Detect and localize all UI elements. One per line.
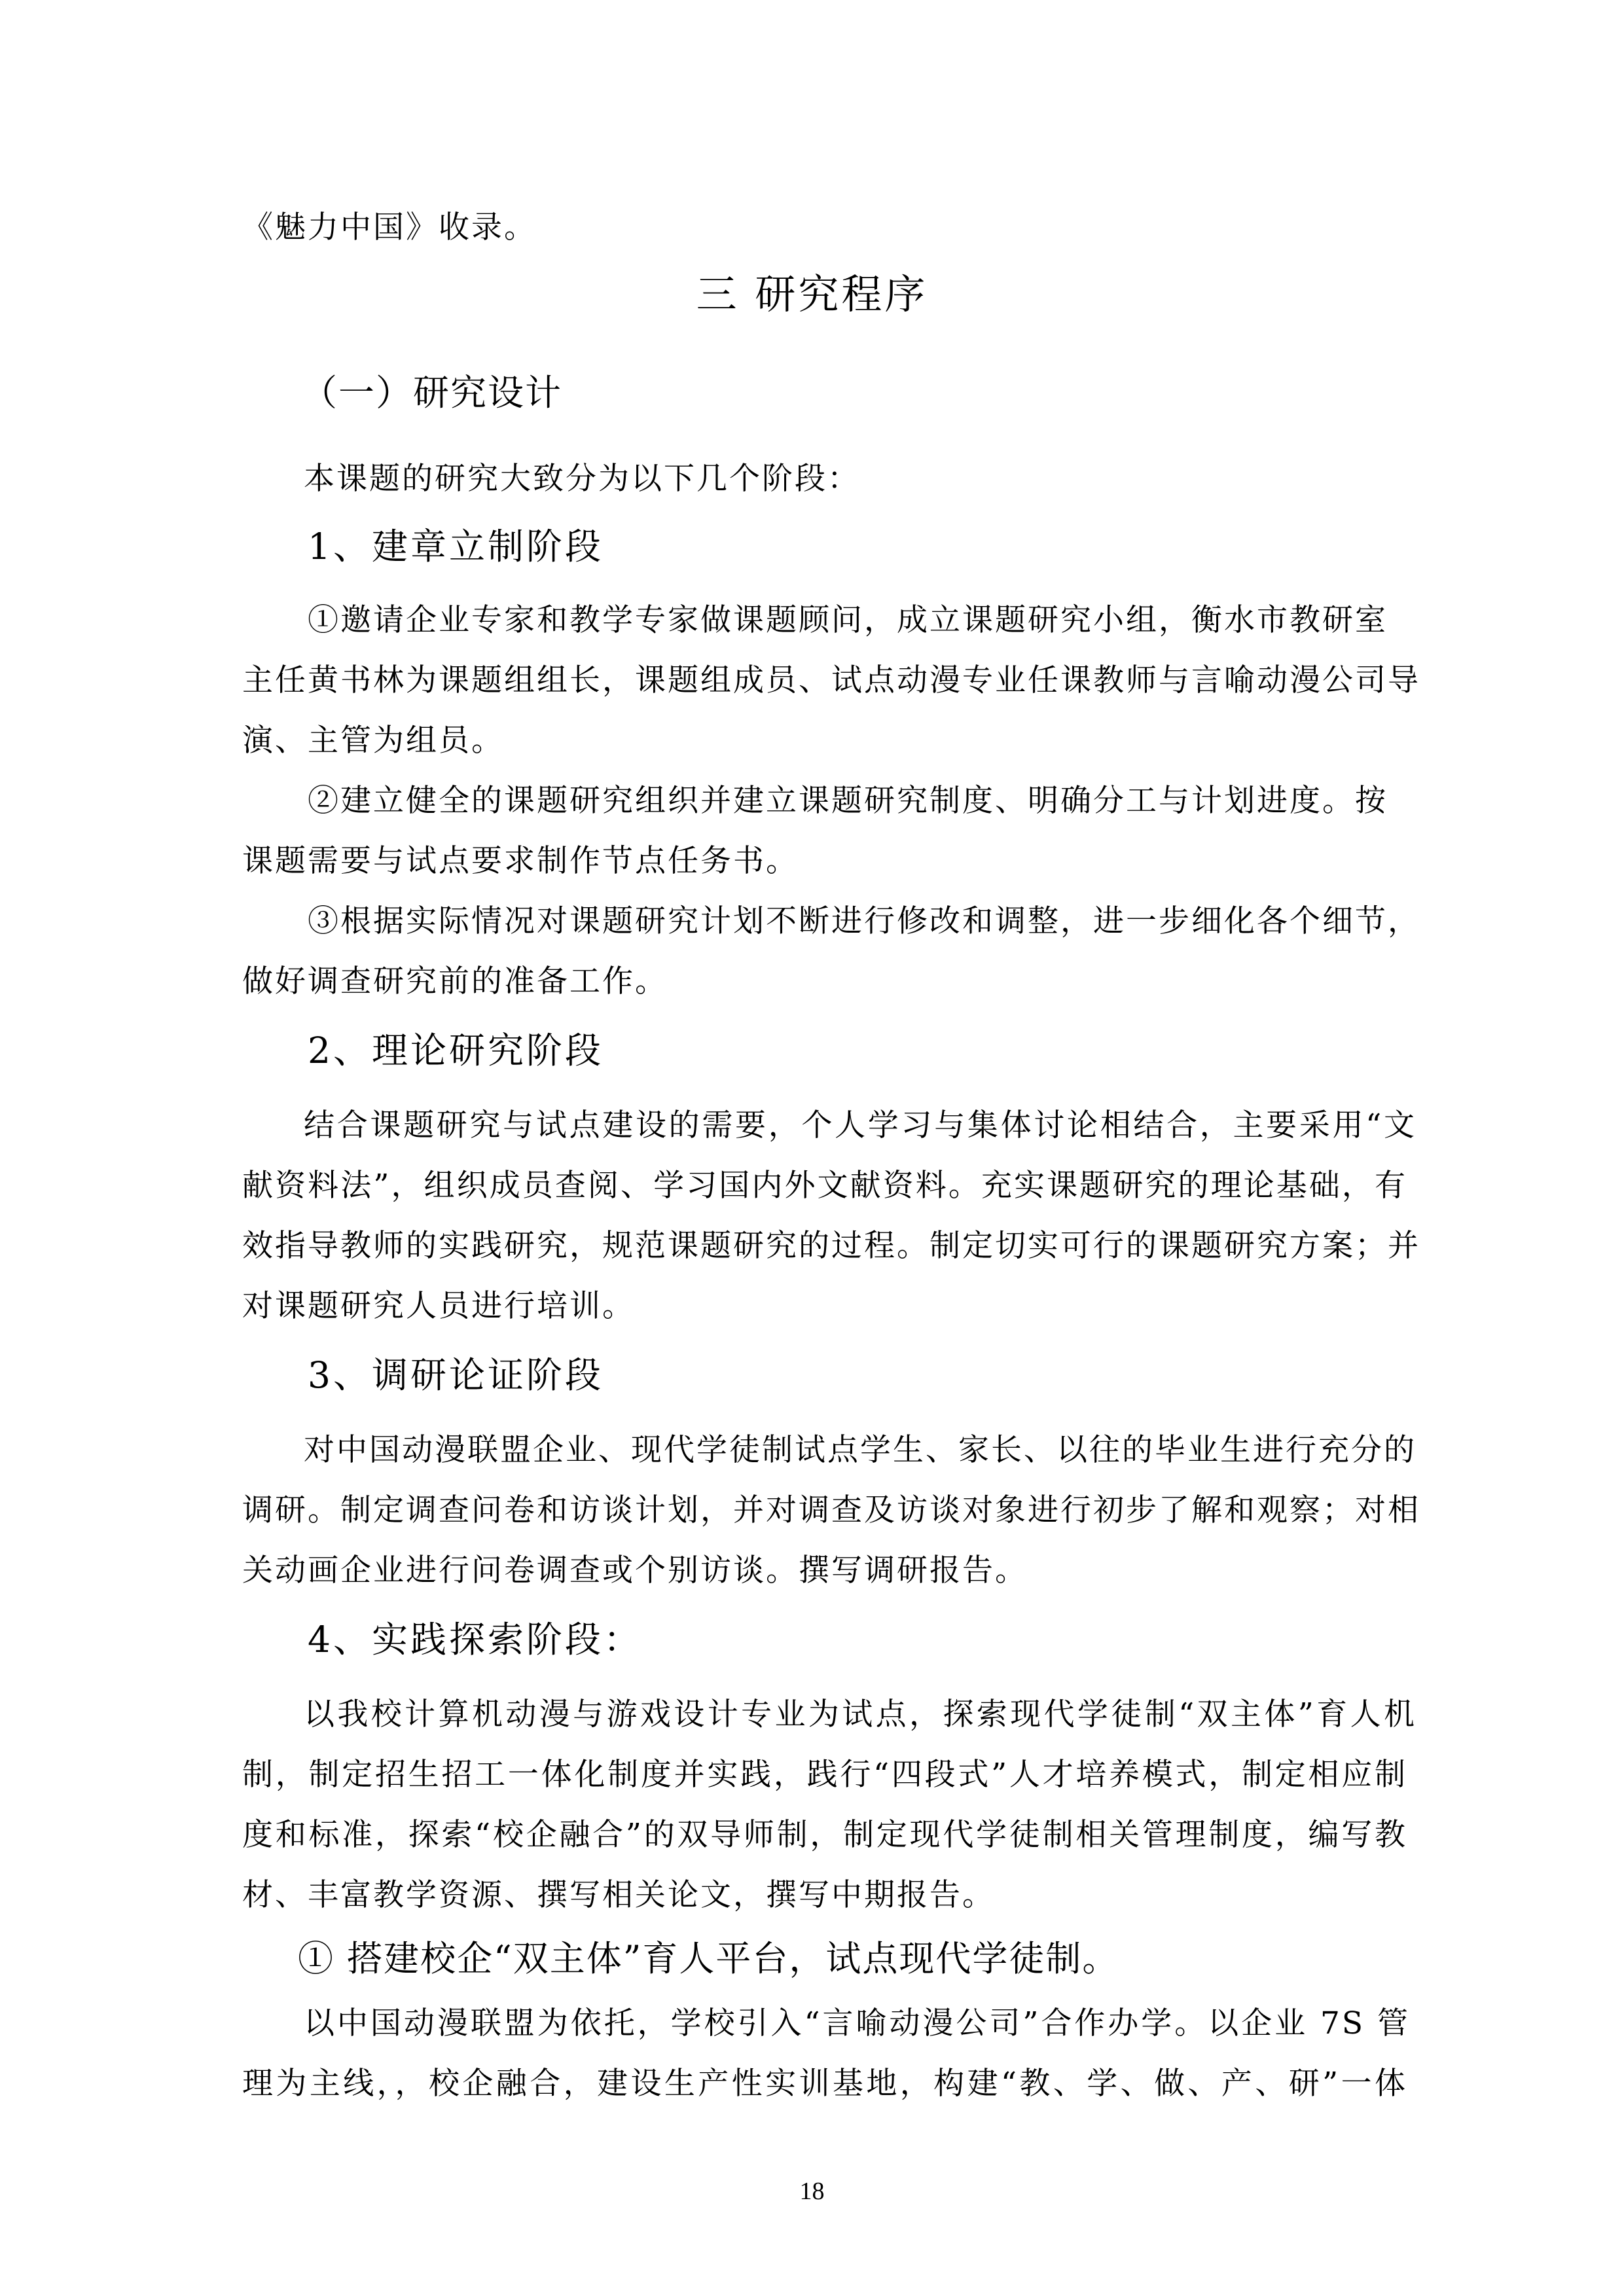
stage-heading-4: 4、实践探索阶段： [308,1617,642,1662]
document-page: 《魅力中国》收录。 三 研究程序 （一）研究设计 本课题的研究大致分为以下几个阶… [0,0,1624,2296]
paragraph-line: ②建立健全的课题研究组织并建立课题研究制度、明确分工与计划进度。按 [308,781,1407,821]
paragraph-line: 演、主管为组员。 [242,721,1407,761]
paragraph-line: 关动画企业进行问卷调查或个别访谈。撰写调研报告。 [242,1551,1407,1590]
paragraph-line: 以我校计算机动漫与游戏设计专业为试点，探索现代学徒制“双主体”育人机 [304,1695,1416,1734]
paragraph-line: 度和标准，探索“校企融合”的双导师制，制定现代学徒制相关管理制度，编写教 [242,1816,1407,1855]
page-number: 18 [0,2178,1624,2204]
paragraph-line: 材、丰富教学资源、撰写相关论文，撰写中期报告。 [242,1876,1407,1915]
continuation-line: 《魅力中国》收录。 [242,208,1407,247]
paragraph-line: 课题需要与试点要求制作节点任务书。 [242,842,1407,881]
paragraph-line: 调研。制定调查问卷和访谈计划，并对调查及访谈对象进行初步了解和观察；对相 [242,1491,1407,1530]
paragraph-line: 主任黄书林为课题组组长，课题组成员、试点动漫专业任课教师与言喻动漫公司导 [242,661,1407,700]
paragraph-line: 以中国动漫联盟为依托，学校引入“言喻动漫公司”合作办学。以企业 7S 管 [304,2004,1410,2043]
paragraph-line: 结合课题研究与试点建设的需要，个人学习与集体讨论相结合，主要采用“文 [304,1106,1416,1145]
subsection-title: （一）研究设计 [301,370,562,416]
paragraph-line: 对中国动漫联盟企业、现代学徒制试点学生、家长、以往的毕业生进行充分的 [304,1431,1416,1470]
stage-heading-3: 3、调研论证阶段 [308,1352,604,1398]
paragraph-line: 对课题研究人员进行培训。 [242,1287,1407,1326]
paragraph-line: 制，制定招生招工一体化制度并实践，践行“四段式”人才培养模式，制定相应制 [242,1755,1407,1795]
paragraph-line: ③根据实际情况对课题研究计划不断进行修改和调整，进一步细化各个细节， [308,902,1414,941]
stage-heading-1: 1、建章立制阶段 [308,524,604,569]
section-title: 三 研究程序 [0,268,1624,321]
paragraph-line: 献资料法”，组织成员查阅、学习国内外文献资料。充实课题研究的理论基础，有 [242,1166,1407,1206]
intro-text: 本课题的研究大致分为以下几个阶段： [304,459,1469,499]
stage-heading-2: 2、理论研究阶段 [308,1028,604,1073]
paragraph-line: 做好调查研究前的准备工作。 [242,962,1407,1001]
paragraph-line: ①邀请企业专家和教学专家做课题顾问，成立课题研究小组，衡水市教研室 [308,601,1407,640]
item-heading: ① 搭建校企“双主体”育人平台，试点现代学徒制。 [298,1936,1119,1982]
paragraph-line: 效指导教师的实践研究，规范课题研究的过程。制定切实可行的课题研究方案；并 [242,1227,1407,1266]
paragraph-line: 理为主线，，校企融合，建设生产性实训基地，构建“教、学、做、产、研”一体 [242,2064,1407,2104]
